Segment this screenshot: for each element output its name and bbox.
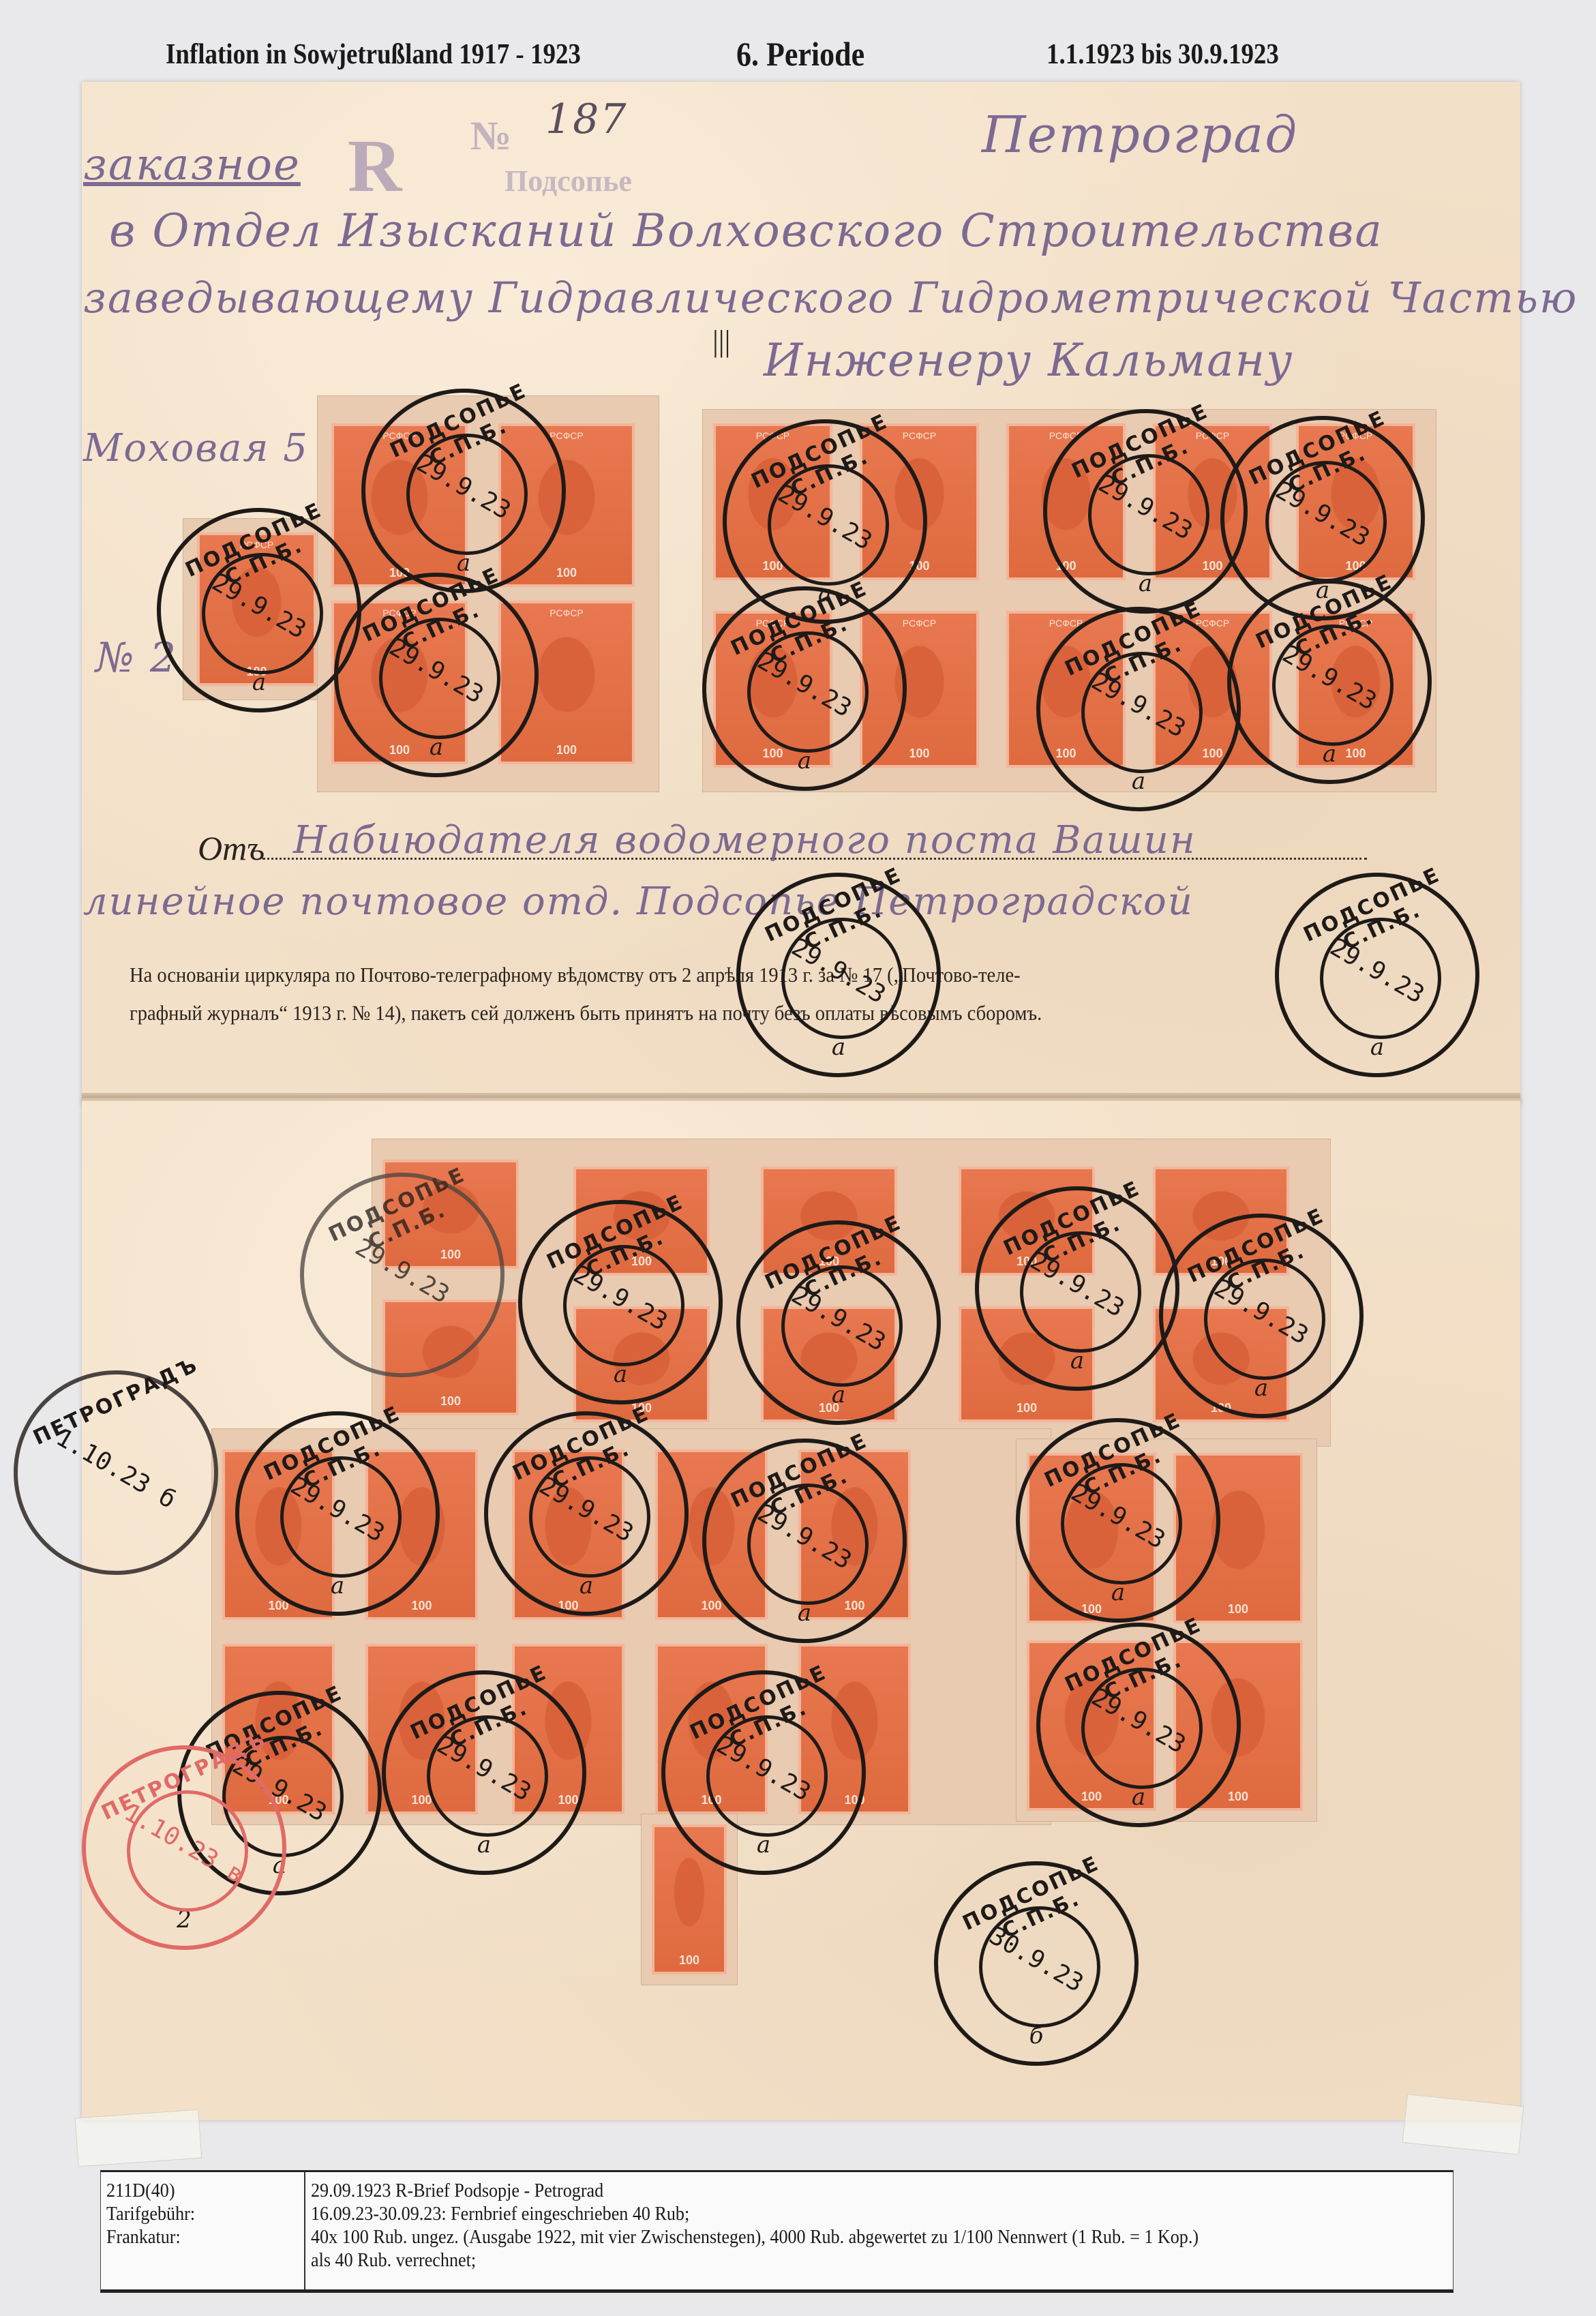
postmark-petrograd-arrival-red: ПЕТРОГРАДЪ1.10.23 в2 (82, 1745, 286, 1950)
handwritten-sender-line-1: Набиюдателя водомерного поста Вашин (293, 818, 1196, 862)
page-header: Inflation in Sowjetrußland 1917 - 1923 6… (0, 34, 1596, 75)
postmark-podsopje: ПОДСОПЬЕ С.П.Б.29.9.23а (382, 1670, 586, 1875)
description-line-2: 16.09.23-30.09.23: Fernbrief eingeschrie… (311, 2202, 1339, 2225)
handwritten-address-line-1: в Отдел Изысканий Волховского Строительс… (109, 205, 1383, 257)
registration-office-mark: Подсопье (505, 164, 632, 198)
postmark-podsopje: ПОДСОПЬЕ С.П.Б.29.9.23а (975, 1186, 1179, 1391)
description-line-4: als 40 Rub. verrechnet; (311, 2249, 1339, 2272)
postmark-petrograd-transit: ПЕТРОГРАДЪ1.10.23 б (14, 1370, 218, 1575)
postmark-podsopje: ПОДСОПЬЕ С.П.Б.29.9.23а (1016, 1418, 1220, 1623)
description-labels: 211D(40) Tarifgebühr: Frankatur: (101, 2172, 305, 2289)
handwritten-registered-label: заказное (83, 140, 301, 190)
description-line-1: 29.09.1923 R-Brief Podsopje - Petrograd (311, 2179, 1339, 2202)
postmark-podsopje: ПОДСОПЬЕ С.П.Б.29.9.23а (1159, 1214, 1364, 1418)
postmark-podsopje: ПОДСОПЬЕ С.П.Б.29.9.23а (736, 873, 941, 1077)
registration-number: 187 (545, 95, 628, 143)
cover-fold (82, 1093, 1520, 1101)
postmark-podsopje: ПОДСОПЬЕ С.П.Б.29.9.23а (1036, 1623, 1241, 1827)
postmark-podsopje: ПОДСОПЬЕ С.П.Б.29.9.23а (1275, 873, 1479, 1077)
handwritten-destination-city: Петроград (982, 106, 1298, 164)
handwritten-address-line-3: Инженеру Кальману (764, 334, 1293, 387)
handwritten-sender-line-2: линейное почтовое отд. Подсопье Петрогра… (83, 879, 1194, 924)
postmark-podsopje-faint: ПОДСОПЬЕ С.П.Б.29.9.23 (300, 1173, 505, 1377)
postmark-podsopje: ПОДСОПЬЕ С.П.Б.29.9.23а (1036, 607, 1241, 811)
postmark-podsopje: ПОДСОПЬЕ С.П.Б.29.9.23а (661, 1670, 866, 1875)
sender-label: Отъ (198, 828, 265, 868)
tariff-label: Tarifgebühr: (106, 2202, 284, 2225)
description-table: 211D(40) Tarifgebühr: Frankatur: 29.09.1… (100, 2170, 1454, 2293)
postmark-podsopje: ПОДСОПЬЕ С.П.Б.29.9.23а (1043, 409, 1248, 614)
catalog-ref: 211D(40) (106, 2179, 284, 2202)
postmark-podsopje: ПОДСОПЬЕ С.П.Б.29.9.23а (157, 508, 361, 712)
postmark-podsopje: ПОДСОПЬЕ С.П.Б.29.9.23а (518, 1200, 723, 1404)
postmark-podsopje: ПОДСОПЬЕ С.П.Б.29.9.23а (334, 573, 539, 777)
period-dates: 1.1.1923 bis 30.9.1923 (1047, 38, 1279, 71)
registration-r-mark: R (348, 123, 402, 209)
postmark-podsopje: ПОДСОПЬЕ С.П.Б.29.9.23а (736, 1220, 941, 1425)
description-line-3: 40x 100 Rub. ungez. (Ausgabe 1922, mit v… (311, 2225, 1339, 2249)
postmark-podsopje: ПОДСОПЬЕ С.П.Б.29.9.23а (484, 1411, 689, 1616)
postmark-podsopje: ПОДСОПЬЕ С.П.Б.29.9.23а (361, 389, 566, 593)
handwritten-address-line-2: заведывающему Гидравлического Гидрометри… (83, 273, 1578, 322)
registration-no-mark: № (470, 112, 511, 160)
postmark-podsopje-30-9: ПОДСОПЬЕ С.П.Б.30.9.23б (934, 1861, 1139, 2066)
franking-label: Frankatur: (106, 2225, 284, 2249)
printed-bar-mark: ||| (712, 324, 730, 359)
postmark-podsopje: ПОДСОПЬЕ С.П.Б.29.9.23а (702, 1439, 907, 1643)
description-values: 29.09.1923 R-Brief Podsopje - Petrograd … (307, 2172, 1453, 2289)
postmark-podsopje: ПОДСОПЬЕ С.П.Б.29.9.23а (1227, 580, 1432, 784)
handwritten-street: Моховая 5 (83, 426, 309, 470)
postmark-podsopje: ПОДСОПЬЕ С.П.Б.29.9.23а (702, 586, 907, 791)
period-label: 6. Periode (736, 34, 864, 74)
exhibit-title: Inflation in Sowjetrußland 1917 - 1923 (166, 38, 581, 71)
hinge-tape (75, 2109, 202, 2167)
postmark-podsopje: ПОДСОПЬЕ С.П.Б.29.9.23а (235, 1411, 440, 1616)
